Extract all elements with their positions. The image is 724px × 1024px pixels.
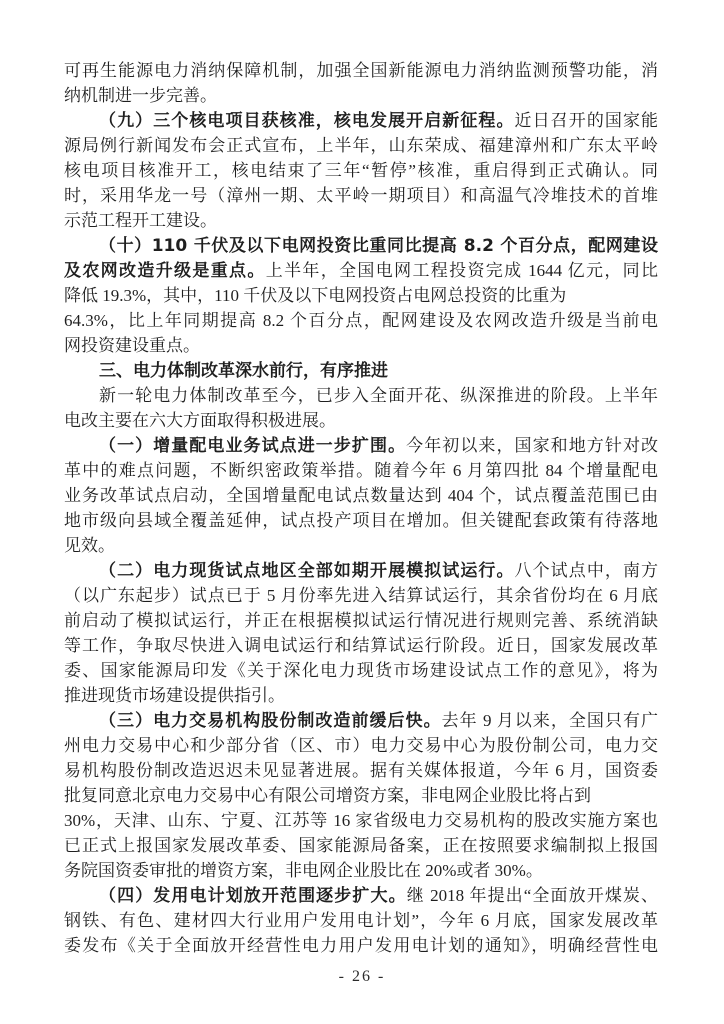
text-line: 务院国资委审批的增资方案，非电网企业股比在 20%或者 30%。 <box>64 858 658 883</box>
text-line: 等工作，争取尽快进入调电试运行和结算试运行阶段。近日，国家发展改革 <box>64 633 658 658</box>
text-line: 源局例行新闻发布会正式宣布，上半年，山东荣成、福建漳州和广东太平岭 <box>64 133 658 158</box>
text-run: 去年 9 月以来，全国只有广 <box>442 711 658 730</box>
text-line: （二）电力现货试点地区全部如期开展模拟试运行。八个试点中，南方 <box>64 558 658 583</box>
bold-lead-run: （三）电力交易机构股份制改造前缓后快。 <box>99 711 442 731</box>
text-line: 易机构股份制改造迟迟未见显著进展。据有关媒体报道，今年 6 月，国资委 <box>64 758 658 783</box>
bold-lead-run: （九）三个核电项目获核准，核电发展开启新征程。 <box>99 111 515 131</box>
text-run: 革中的难点问题，不断织密政策举措。随着今年 6 月第四批 84 个增量配电 <box>64 461 658 480</box>
text-line: 及农网改造升级是重点。上半年，全国电网工程投资完成 1644 亿元，同比 <box>64 258 658 283</box>
text-run: 地市级向县域全覆盖延伸，试点投产项目在增加。但关键配套政策有待落地 <box>64 511 658 530</box>
text-line: 30%，天津、山东、宁夏、江苏等 16 家省级电力交易机构的股改实施方案也 <box>64 808 658 833</box>
text-line: 降低 19.3%，其中，110 千伏及以下电网投资占电网总投资的比重为 <box>64 283 658 308</box>
text-line: 推进现货市场建设提供指引。 <box>64 683 658 708</box>
text-run: 委、国家能源局印发《关于深化电力现货市场建设试点工作的意见》，将为 <box>64 661 658 680</box>
text-line: 钢铁、有色、建材四大行业用户发用电计划”，今年 6 月底，国家发展改革 <box>64 908 658 933</box>
text-line: 64.3%，比上年同期提高 8.2 个百分点，配网建设及农网改造升级是当前电 <box>64 308 658 333</box>
section-heading: 三、电力体制改革深水前行，有序推进 <box>64 358 658 383</box>
text-line: （三）电力交易机构股份制改造前缓后快。去年 9 月以来，全国只有广 <box>64 708 658 733</box>
bold-lead-run: 三、电力体制改革深水前行，有序推进 <box>99 361 388 381</box>
text-line: 核电项目核准开工，核电结束了三年“暂停”核准，重启得到正式确认。同 <box>64 158 658 183</box>
text-line: 前启动了模拟试运行，并正在根据模拟试运行情况进行规则完善、系统消缺 <box>64 608 658 633</box>
text-run: 源局例行新闻发布会正式宣布，上半年，山东荣成、福建漳州和广东太平岭 <box>64 136 658 155</box>
text-line: 网投资建设重点。 <box>64 333 658 358</box>
text-run: 上半年，全国电网工程投资完成 1644 亿元，同比 <box>266 261 658 280</box>
text-run: 64.3%，比上年同期提高 8.2 个百分点，配网建设及农网改造升级是当前电 <box>64 311 658 330</box>
text-line: （一）增量配电业务试点进一步扩围。今年初以来，国家和地方针对改 <box>64 433 658 458</box>
text-run: （以广东起步）试点已于 5 月份率先进入结算试运行，其余省份均在 6 月底 <box>64 586 658 605</box>
text-line: 电改主要在六大方面取得积极进展。 <box>64 408 658 433</box>
text-run: 新一轮电力体制改革至今，已步入全面开花、纵深推进的阶段。上半年 <box>99 386 658 405</box>
text-run: 钢铁、有色、建材四大行业用户发用电计划”，今年 6 月底，国家发展改革 <box>64 911 658 930</box>
text-line: 委、国家能源局印发《关于深化电力现货市场建设试点工作的意见》，将为 <box>64 658 658 683</box>
text-run: 30%，天津、山东、宁夏、江苏等 16 家省级电力交易机构的股改实施方案也 <box>64 811 658 830</box>
text-run: 继 2018 年提出“全面放开煤炭、 <box>407 886 658 905</box>
text-line: 可再生能源电力消纳保障机制，加强全国新能源电力消纳监测预警功能，消 <box>64 58 658 83</box>
text-run: 电改主要在六大方面取得积极进展。 <box>64 411 336 430</box>
text-run: 已正式上报国家发展改革委、国家能源局备案，正在按照要求编制拟上报国 <box>64 836 658 855</box>
text-run: 务院国资委审批的增资方案，非电网企业股比在 20%或者 30%。 <box>64 861 543 880</box>
bold-lead-run: （二）电力现货试点地区全部如期开展模拟试运行。 <box>99 561 515 581</box>
text-run: 网投资建设重点。 <box>64 336 200 355</box>
bold-lead-run: 及农网改造升级是重点。 <box>64 261 266 281</box>
page-number: - 26 - <box>0 968 724 986</box>
text-run: 时，采用华龙一号（漳州一期、太平岭一期项目）和高温气冷堆技术的首堆 <box>64 186 658 205</box>
text-line: 新一轮电力体制改革至今，已步入全面开花、纵深推进的阶段。上半年 <box>64 383 658 408</box>
text-line: 见效。 <box>64 533 658 558</box>
text-run: 易机构股份制改造迟迟未见显著进展。据有关媒体报道，今年 6 月，国资委 <box>64 761 658 780</box>
text-line: （十）110 千伏及以下电网投资比重同比提高 8.2 个百分点，配网建设 <box>64 233 658 258</box>
bold-lead-run: （四）发用电计划放开范围逐步扩大。 <box>99 886 407 906</box>
text-run: 委发布《关于全面放开经营性电力用户发用电计划的通知》，明确经营性电 <box>64 936 658 955</box>
text-run: 业务改革试点启动，全国增量配电试点数量达到 404 个，试点覆盖范围已由 <box>64 486 658 505</box>
text-run: 州电力交易中心和少部分省（区、市）电力交易中心为股份制公司，电力交 <box>64 736 658 755</box>
text-line: 委发布《关于全面放开经营性电力用户发用电计划的通知》，明确经营性电 <box>64 933 658 958</box>
text-run: 等工作，争取尽快进入调电试运行和结算试运行阶段。近日，国家发展改革 <box>64 636 658 655</box>
text-run: 降低 19.3%，其中，110 千伏及以下电网投资占电网总投资的比重为 <box>64 286 566 305</box>
text-run: 示范工程开工建设。 <box>64 211 217 230</box>
text-run: 可再生能源电力消纳保障机制，加强全国新能源电力消纳监测预警功能，消 <box>64 61 658 80</box>
text-line: 时，采用华龙一号（漳州一期、太平岭一期项目）和高温气冷堆技术的首堆 <box>64 183 658 208</box>
text-run: 八个试点中，南方 <box>515 561 658 580</box>
text-run: 批复同意北京电力交易中心有限公司增资方案，非电网企业股比将占到 <box>64 786 591 805</box>
text-line: （九）三个核电项目获核准，核电发展开启新征程。近日召开的国家能 <box>64 108 658 133</box>
text-line: 业务改革试点启动，全国增量配电试点数量达到 404 个，试点覆盖范围已由 <box>64 483 658 508</box>
text-run: 见效。 <box>64 536 115 555</box>
text-body: 可再生能源电力消纳保障机制，加强全国新能源电力消纳监测预警功能，消纳机制进一步完… <box>64 58 658 958</box>
bold-lead-run: （一）增量配电业务试点进一步扩围。 <box>99 436 406 456</box>
bold-lead-run: （十）110 千伏及以下电网投资比重同比提高 8.2 个百分点，配网建设 <box>99 236 658 256</box>
text-line: 地市级向县域全覆盖延伸，试点投产项目在增加。但关键配套政策有待落地 <box>64 508 658 533</box>
text-line: 革中的难点问题，不断织密政策举措。随着今年 6 月第四批 84 个增量配电 <box>64 458 658 483</box>
text-line: （四）发用电计划放开范围逐步扩大。继 2018 年提出“全面放开煤炭、 <box>64 883 658 908</box>
text-line: （以广东起步）试点已于 5 月份率先进入结算试运行，其余省份均在 6 月底 <box>64 583 658 608</box>
text-line: 纳机制进一步完善。 <box>64 83 658 108</box>
text-run: 核电项目核准开工，核电结束了三年“暂停”核准，重启得到正式确认。同 <box>64 161 658 180</box>
text-run: 纳机制进一步完善。 <box>64 86 217 105</box>
text-line: 示范工程开工建设。 <box>64 208 658 233</box>
text-run: 近日召开的国家能 <box>515 111 658 130</box>
text-line: 州电力交易中心和少部分省（区、市）电力交易中心为股份制公司，电力交 <box>64 733 658 758</box>
text-line: 批复同意北京电力交易中心有限公司增资方案，非电网企业股比将占到 <box>64 783 658 808</box>
text-run: 推进现货市场建设提供指引。 <box>64 686 285 705</box>
document-page: 可再生能源电力消纳保障机制，加强全国新能源电力消纳监测预警功能，消纳机制进一步完… <box>0 0 724 1024</box>
text-line: 已正式上报国家发展改革委、国家能源局备案，正在按照要求编制拟上报国 <box>64 833 658 858</box>
text-run: 今年初以来，国家和地方针对改 <box>406 436 658 455</box>
text-run: 前启动了模拟试运行，并正在根据模拟试运行情况进行规则完善、系统消缺 <box>64 611 658 630</box>
